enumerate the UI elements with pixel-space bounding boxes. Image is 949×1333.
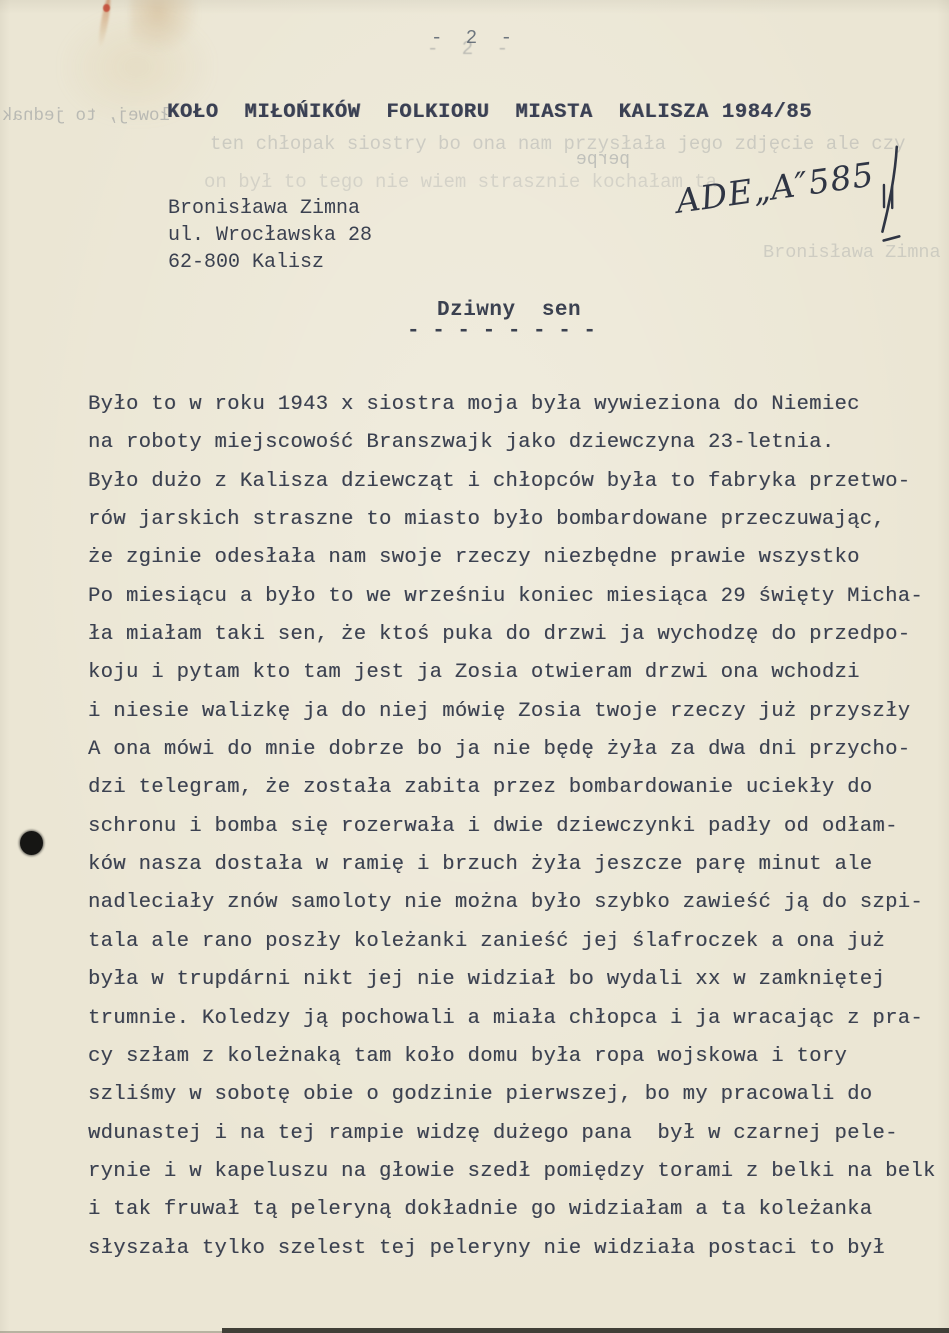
ghost-text-mirrored-perpe: perpe xyxy=(576,150,630,170)
annotation-slash-mark xyxy=(859,144,918,249)
body-line: trumnie. Koledzy ją pochowali a miała ch… xyxy=(88,1000,936,1038)
body-line: wdunastej i na tej rampie widzę dużego p… xyxy=(88,1115,936,1153)
body-line: szliśmy w sobotę obie o godzinie pierwsz… xyxy=(88,1076,936,1114)
body-line: schronu i bomba się rozerwała i dwie dzi… xyxy=(88,808,936,846)
body-line: rów jarskich straszne to miasto było bom… xyxy=(88,501,936,539)
paper-stain-dot xyxy=(103,4,110,12)
punch-hole-dot xyxy=(20,831,43,855)
address-line: ul. Wrocławska 28 xyxy=(168,223,372,250)
ghost-text-line-1: ten chłopak siostry bo ona nam przysłała… xyxy=(210,133,906,155)
body-line: rynie i w kapeluszu na głowie szedł pomi… xyxy=(88,1153,936,1191)
body-line: na roboty miejscowość Branszwajk jako dz… xyxy=(88,424,936,462)
body-line: i tak fruwał tą peleryną dokładnie go wi… xyxy=(88,1191,936,1229)
scan-edge-bottom-dark xyxy=(222,1328,949,1333)
address-line: Bronisława Zimna xyxy=(168,196,372,223)
body-line: cy szłam z koleżnaką tam koło domu była … xyxy=(88,1038,936,1076)
ghost-text-mirrored-left: łowej, to jednak xyxy=(2,106,170,126)
body-line: tala ale rano poszły koleżanki zanieść j… xyxy=(88,923,936,961)
body-line: nadleciały znów samoloty nie można było … xyxy=(88,884,936,922)
body-line: i niesie walizkę ja do niej mówię Zosia … xyxy=(88,693,936,731)
body-line: Było dużo z Kalisza dziewcząt i chłopców… xyxy=(88,463,936,501)
body-line: Było to w roku 1943 x siostra moja była … xyxy=(88,386,936,424)
title-dashed-underline: - - - - - - - - xyxy=(407,320,596,343)
body-line: słyszała tylko szelest tej peleryny nie … xyxy=(88,1230,936,1268)
body-line: dzi telegram, że została zabita przez bo… xyxy=(88,769,936,807)
scanned-document-page: - 2 - łowej, to jednak ten chłopak siost… xyxy=(0,0,949,1333)
body-line: ła miałam taki sen, że ktoś puka do drzw… xyxy=(88,616,936,654)
body-line: że zginie odesłała nam swoje rzeczy niez… xyxy=(88,539,936,577)
body-line: koju i pytam kto tam jest ja Zosia otwie… xyxy=(88,654,936,692)
sender-address-block: Bronisława Zimnaul. Wrocławska 2862-800 … xyxy=(168,196,372,276)
annotation-code: ADE„A″585 xyxy=(674,154,877,220)
body-line: Po miesiącu a było to we wrześniu koniec… xyxy=(88,578,936,616)
document-header: KOŁO MIŁOŃIKÓW FOLKIORU MIASTA KALISZA 1… xyxy=(167,101,812,124)
story-body: Było to w roku 1943 x siostra moja była … xyxy=(88,386,936,1268)
body-line: była w trupdárni nikt jej nie widział bo… xyxy=(88,961,936,999)
story-title: Dziwny sen xyxy=(437,299,581,322)
ghost-text-line-2: on był to tego nie wiem strasznie kochał… xyxy=(204,171,717,193)
page-number: - 2 - xyxy=(0,27,949,49)
body-line: ków nasza dostała w ramię i brzuch żyła … xyxy=(88,846,936,884)
body-line: A ona mówi do mnie dobrze bo ja nie będę… xyxy=(88,731,936,769)
address-line: 62-800 Kalisz xyxy=(168,250,372,277)
